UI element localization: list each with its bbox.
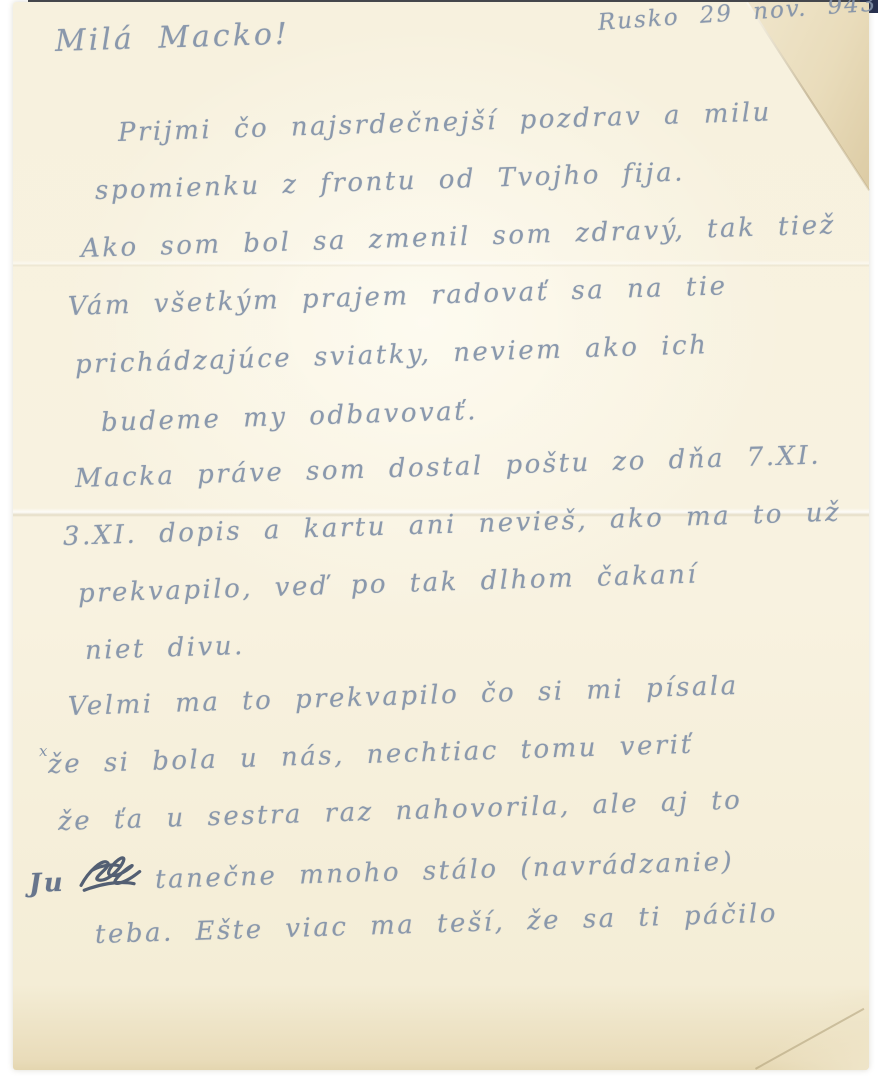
- letter-scan: Rusko 29 nov. 943. Milá Macko! Prijmi čo…: [0, 0, 878, 1084]
- letter-line: Macka práve som dostal poštu zo dňa 7.XI…: [75, 441, 822, 494]
- letter-line-text: tanečne mnoho stálo (navrádzanie): [155, 846, 735, 894]
- letter-line: spomienku z frontu od Tvojho fija.: [95, 157, 686, 206]
- letter-line: 3.XI. dopis a kartu ani nevieš, ako ma t…: [63, 498, 842, 552]
- letter-line: prichádzajúce sviatky, neviem ako ich: [75, 330, 709, 380]
- letter-page: Rusko 29 nov. 943. Milá Macko! Prijmi čo…: [13, 2, 869, 1070]
- letter-line: prekvapilo, veď po tak dlhom čakaní: [78, 560, 699, 609]
- letter-line: že si bola u nás, nechtiac tomu veriť: [48, 730, 694, 780]
- salutation: Milá Macko!: [54, 17, 290, 59]
- ink-scribble-icon: [72, 850, 148, 905]
- letter-line: že ťa u sestra raz nahovorila, ale aj to: [58, 786, 743, 837]
- letter-line: teba. Ešte viac ma teší, že sa ti páčilo: [95, 899, 779, 950]
- letter-line: niet divu.: [85, 631, 246, 666]
- letter-line-with-scribble: Ju tanečne mnoho stálo (navrádzanie): [28, 838, 735, 907]
- letter-line: budeme my odbavovať.: [101, 396, 479, 438]
- letter-line: Ako som bol sa zmenil som zdravý, tak ti…: [81, 210, 837, 264]
- letter-line: Velmi ma to prekvapilo čo si mi písala: [68, 671, 740, 722]
- scribble-prefix-text: Ju: [29, 867, 66, 898]
- letter-line: Prijmi čo najsrdečnejší pozdrav a milu: [118, 97, 773, 148]
- letter-line: Vám všetkým prajem radovať sa na tie: [68, 271, 729, 322]
- margin-x-mark: x: [39, 742, 48, 760]
